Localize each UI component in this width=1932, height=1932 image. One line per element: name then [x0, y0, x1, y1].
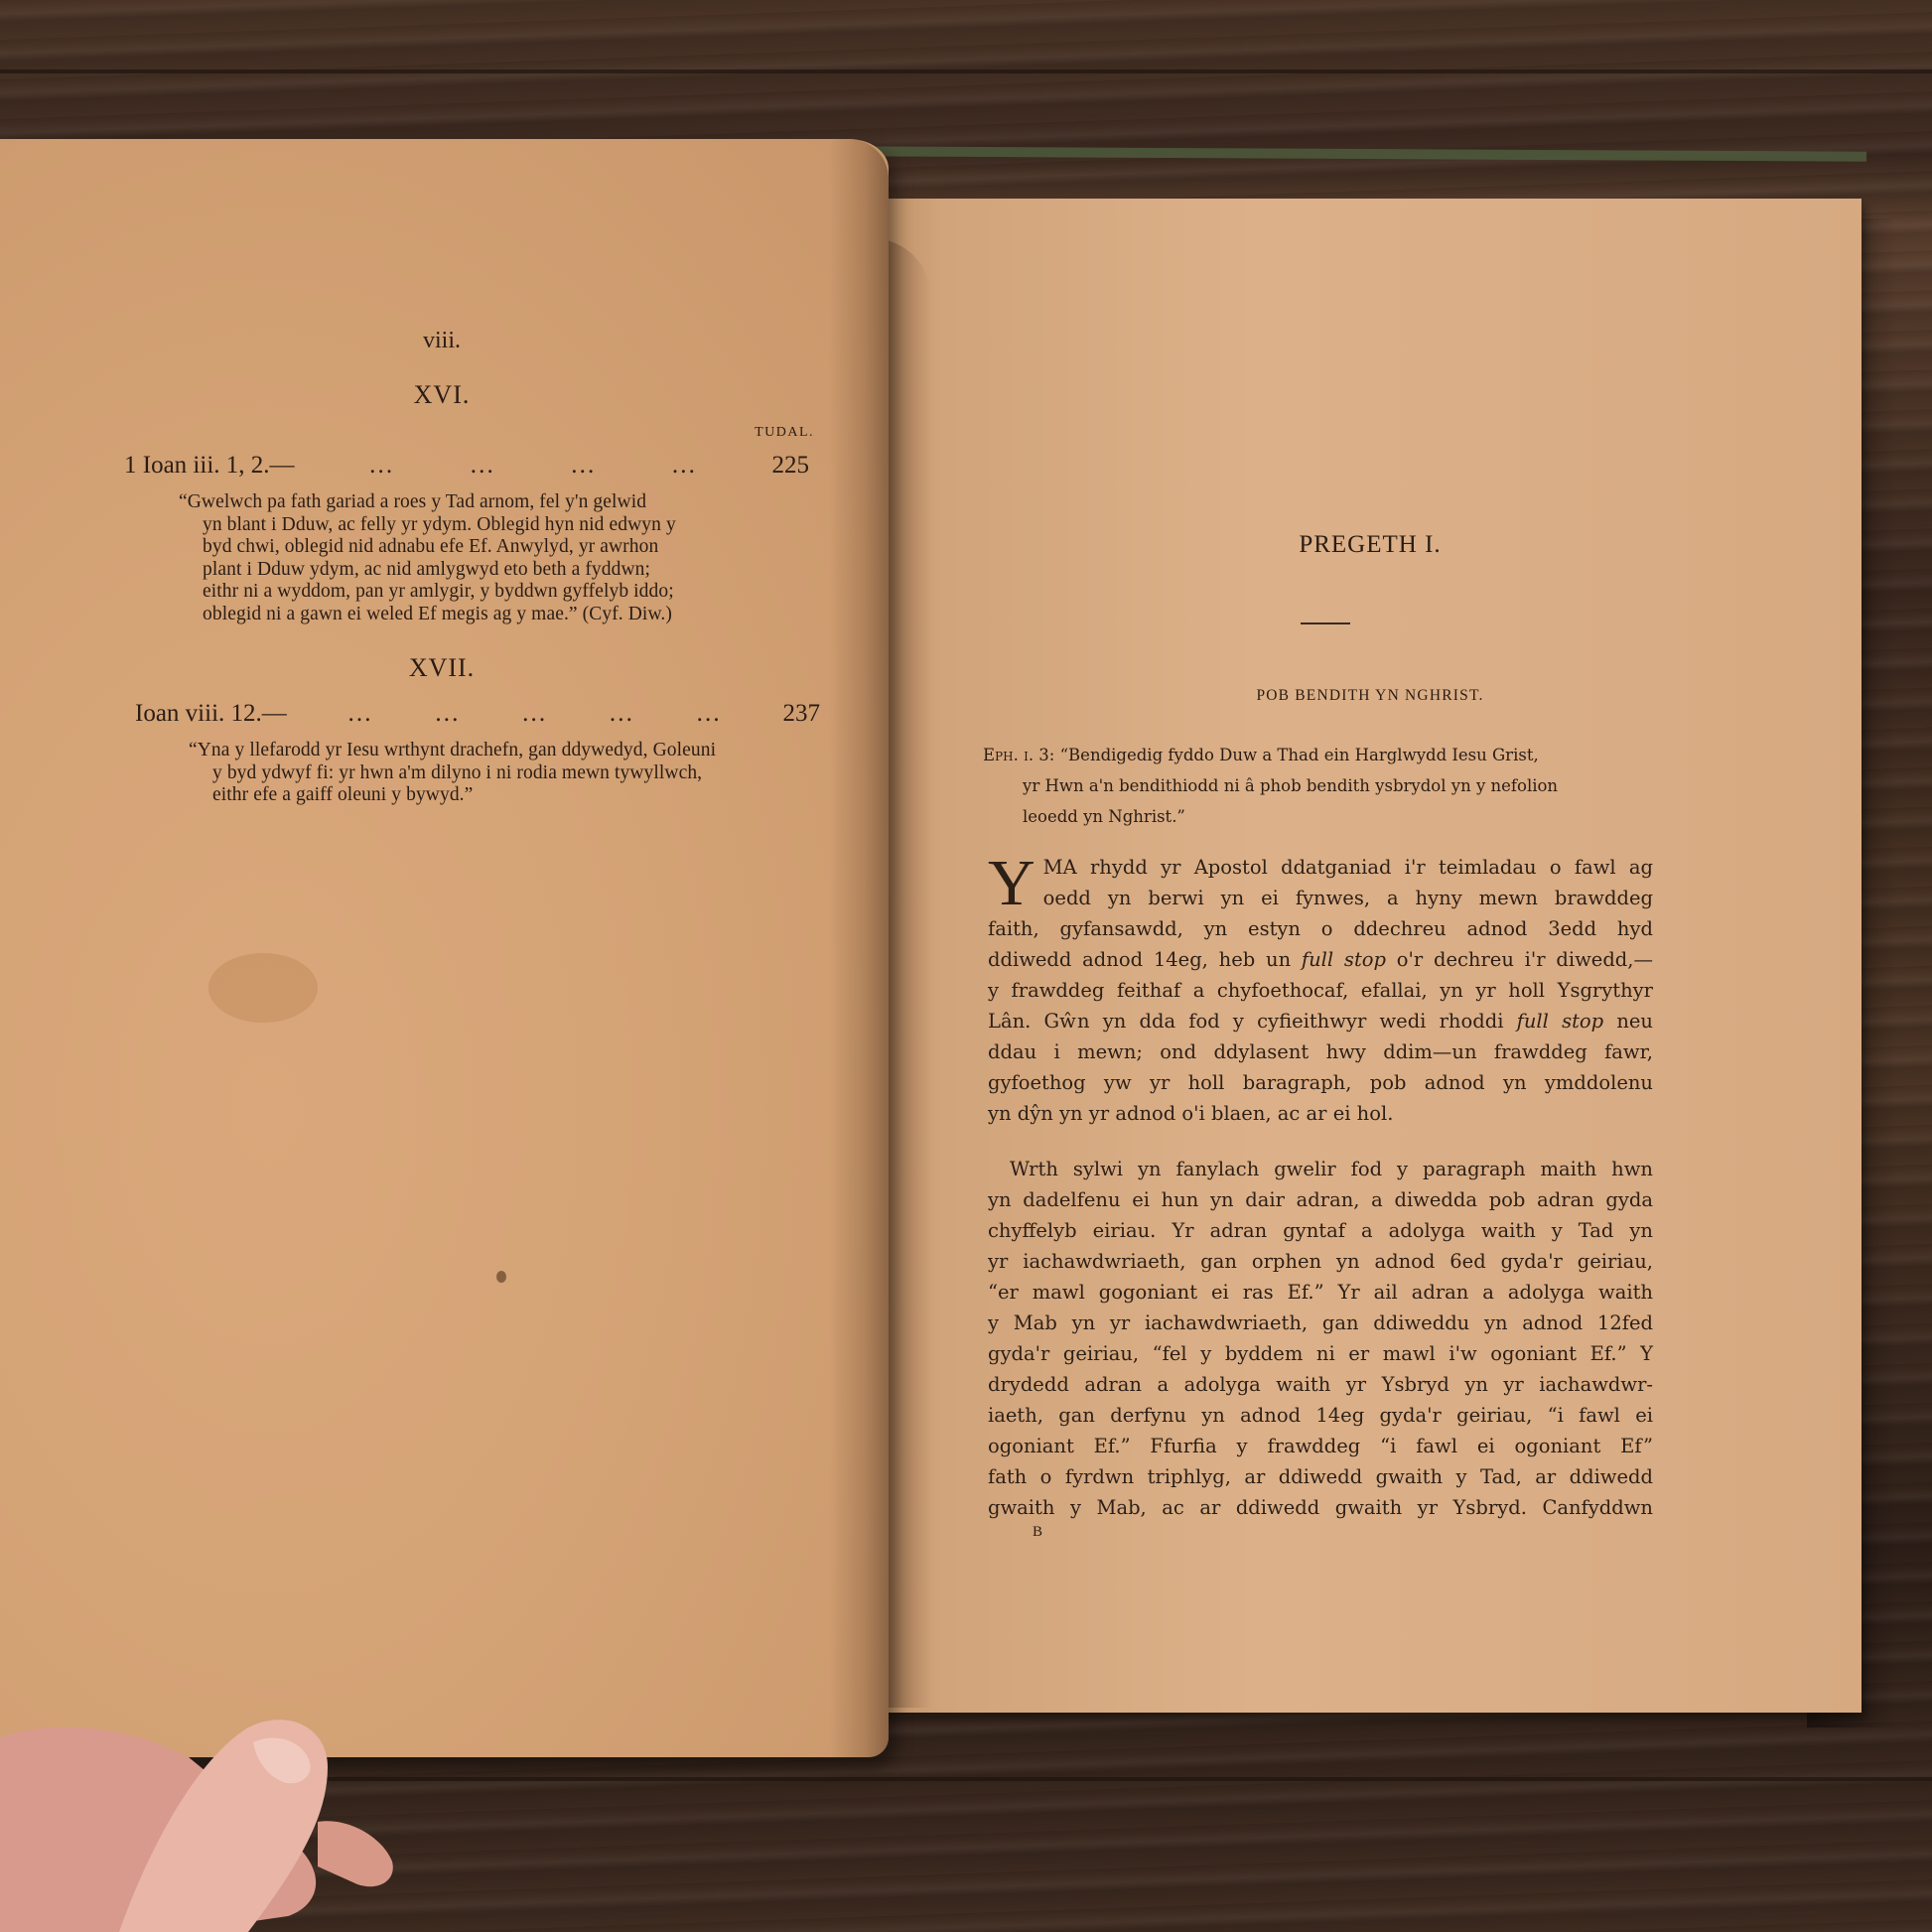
body-line: Wrth sylwi yn fanylach gwelir fod y para… [988, 1154, 1653, 1184]
paragraph-1: Y MA rhydd yr Apostol ddatganiad i'r tei… [988, 852, 1653, 1129]
section-numeral: XVII. [377, 653, 506, 683]
signature-mark: B [1033, 1524, 1072, 1541]
quote-line: eithr efe a gaiff oleuni y bywyd.” [189, 784, 824, 807]
quote-line: y byd ydwyf fi: yr hwn a'm dilyno i ni r… [189, 762, 824, 785]
body-line: yn dadelfenu ei hun yn dair adran, a diw… [988, 1184, 1653, 1215]
epigraph-line: leoedd yn Nghrist.” [983, 801, 1658, 832]
body-line: y Mab yn yr iachawdwriaeth, gan ddiweddu… [988, 1308, 1653, 1338]
sermon-title: PREGETH I. [1172, 531, 1569, 559]
body-line: faith, gyfansawdd, yn estyn o ddechreu a… [988, 913, 1653, 944]
leader-dots: … [609, 700, 635, 728]
leader-dots: … [570, 452, 597, 480]
leader-dots: … [521, 700, 548, 728]
body-line: ddiwedd adnod 14eg, heb un full stop o'r… [988, 944, 1653, 975]
paragraph-2: Wrth sylwi yn fanylach gwelir fod y para… [988, 1154, 1653, 1523]
book-cover-edge [844, 146, 1866, 161]
body-line: drydedd adran a adolyga waith yr Ysbryd … [988, 1369, 1653, 1400]
quote-line: oblegid ni a gawn ei weled Ef megis ag y… [179, 604, 814, 626]
body-line: ogoniant Ef.” Ffurfia y frawddeg “i fawl… [988, 1431, 1653, 1461]
leader-dots: … [671, 452, 698, 480]
epigraph-line: yr Hwn a'n bendithiodd ni â phob bendith… [983, 770, 1658, 801]
page-number: 225 [771, 452, 809, 480]
leader-dots: … [696, 700, 723, 728]
contents-entry: Ioan viii. 12.— … … … … … 237 [135, 700, 820, 728]
title-rule [1301, 622, 1350, 624]
page-curl-shadow [829, 139, 889, 1757]
contents-entry: 1 Ioan iii. 1, 2.— … … … … 225 [124, 452, 809, 480]
italic-phrase: full stop [1302, 948, 1386, 971]
italic-phrase: full stop [1517, 1010, 1604, 1033]
paper-stain [496, 1271, 506, 1283]
section-numeral: XVI. [377, 380, 506, 410]
body-line: Lân. Gŵn yn dda fod y cyfieithwyr wedi r… [988, 1006, 1653, 1036]
scripture-quote: “Yna y llefarodd yr Iesu wrthynt drachef… [189, 740, 824, 807]
leader-dots: … [470, 452, 496, 480]
column-label-page: TUDAL. [695, 425, 814, 441]
sermon-subtitle: POB BENDITH YN NGHRIST. [1122, 687, 1618, 705]
epigraph: Eph. i. 3: “Bendigedig fyddo Duw a Thad … [983, 740, 1658, 832]
paper-stain [208, 953, 318, 1023]
leader-dots: … [434, 700, 461, 728]
body-line: iaeth, gan derfynu yn adnod 14eg gyda'r … [988, 1400, 1653, 1431]
body-line: fath o fyrdwn triphlyg, ar ddiwedd gwait… [988, 1461, 1653, 1492]
body-line: gyda'r geiriau, “fel y byddem ni er mawl… [988, 1338, 1653, 1369]
quote-line: eithr ni a wyddom, pan yr amlygir, y byd… [179, 581, 814, 604]
body-line: ddau i mewn; ond ddylasent hwy ddim—un f… [988, 1036, 1653, 1067]
body-line: yr iachawdwriaeth, gan orphen yn adnod 6… [988, 1246, 1653, 1277]
quote-line: yn blant i Dduw, ac felly yr ydym. Obleg… [179, 514, 814, 537]
epigraph-reference: Eph. i. 3: [983, 746, 1054, 764]
leader-dots: … [368, 452, 395, 480]
body-line: y frawddeg feithaf a chyfoethocaf, efall… [988, 975, 1653, 1006]
page-number: 237 [782, 700, 820, 728]
body-line: MA rhydd yr Apostol ddatganiad i'r teiml… [988, 852, 1653, 883]
page-folio: viii. [377, 328, 506, 354]
body-line: “er mawl gogoniant ei ras Ef.” Yr ail ad… [988, 1277, 1653, 1308]
quote-line: byd chwi, oblegid nid adnabu efe Ef. Anw… [179, 536, 814, 559]
body-line: oedd yn berwi yn ei fynwes, a hyny mewn … [988, 883, 1653, 913]
scripture-reference: Ioan viii. 12.— [135, 700, 287, 728]
epigraph-text: “Bendigedig fyddo Duw a Thad ein Harglwy… [1060, 746, 1539, 764]
hand-holding-page [0, 1648, 437, 1932]
wood-plank-seam [0, 69, 1932, 73]
epigraph-line: Eph. i. 3: “Bendigedig fyddo Duw a Thad … [983, 740, 1658, 770]
quote-line: “Gwelwch pa fath gariad a roes y Tad arn… [179, 491, 814, 514]
scripture-reference: 1 Ioan iii. 1, 2.— [124, 452, 295, 480]
drop-cap: Y [988, 856, 1035, 911]
leader-dots: … [347, 700, 374, 728]
body-line: yn dŷn yn yr adnod o'i blaen, ac ar ei h… [988, 1098, 1653, 1129]
quote-line: “Yna y llefarodd yr Iesu wrthynt drachef… [189, 740, 824, 762]
scripture-quote: “Gwelwch pa fath gariad a roes y Tad arn… [179, 491, 814, 625]
body-line: gwaith y Mab, ac ar ddiwedd gwaith yr Ys… [988, 1492, 1653, 1523]
quote-line: plant i Dduw ydym, ac nid amlygwyd eto b… [179, 559, 814, 582]
body-line: chyffelyb eiriau. Yr adran gyntaf a adol… [988, 1215, 1653, 1246]
body-line: gyfoethog yw yr holl baragraph, pob adno… [988, 1067, 1653, 1098]
